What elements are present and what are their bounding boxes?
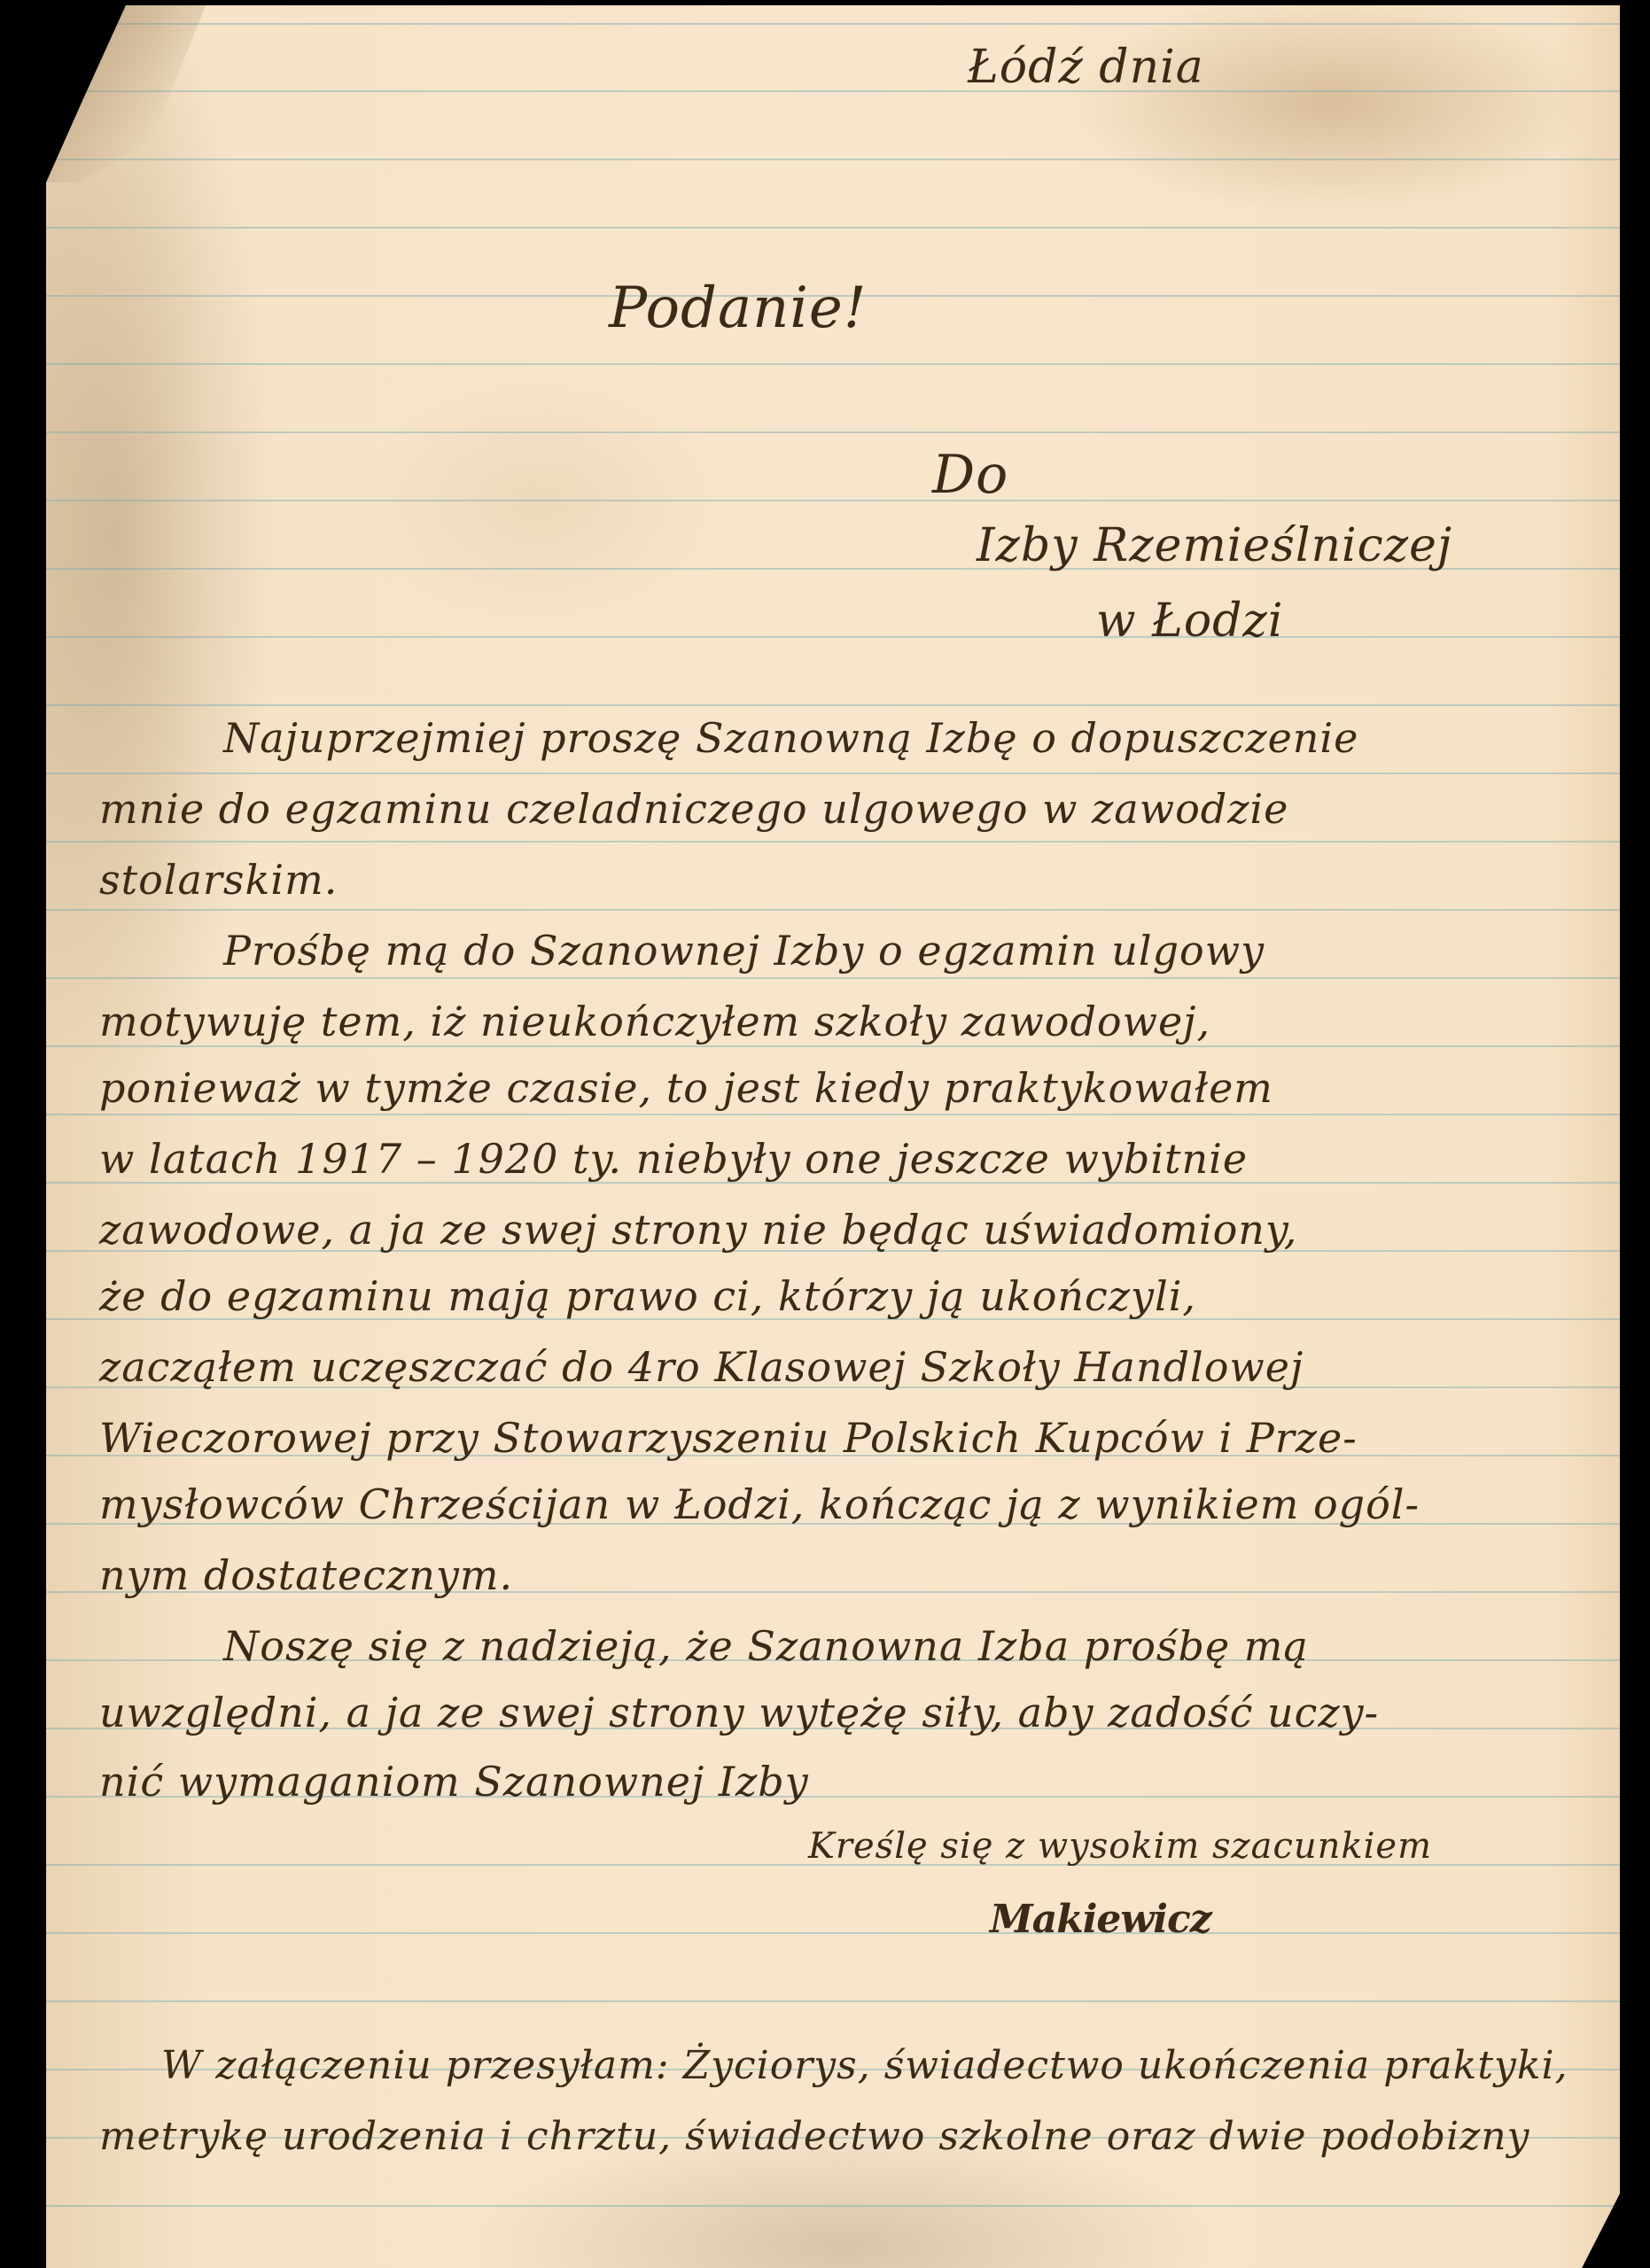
document-title: Podanie! bbox=[609, 276, 867, 341]
ruled-line bbox=[46, 841, 1620, 843]
body-line: stolarskim. bbox=[99, 856, 338, 904]
ruled-line bbox=[46, 2000, 1620, 2002]
place-date: Łódź dnia bbox=[968, 41, 1204, 94]
ruled-line bbox=[46, 636, 1620, 638]
body-line: mysłowców Chrześcijan w Łodzi, kończąc j… bbox=[99, 1480, 1420, 1528]
body-line: nić wymaganiom Szanownej Izby bbox=[99, 1758, 809, 1806]
closing-line: Kreślę się z wysokim szacunkiem bbox=[808, 1826, 1432, 1867]
ruled-line bbox=[46, 1045, 1620, 1047]
body-line: nym dostatecznym. bbox=[99, 1551, 513, 1599]
ruled-line bbox=[46, 227, 1620, 229]
ruled-line bbox=[46, 23, 1620, 25]
paper-sheet: Łódź dnia Podanie! Do Izby Rzemieślnicze… bbox=[46, 5, 1620, 2268]
ruled-line bbox=[46, 500, 1620, 501]
body-line: Noszę się z nadzieją, że Szanowna Izba p… bbox=[223, 1622, 1309, 1670]
body-line: że do egzaminu mają prawo ci, którzy ją … bbox=[99, 1272, 1196, 1320]
body-line: zawodowe, a ja ze swej strony nie będąc … bbox=[99, 1206, 1297, 1254]
body-line: uwzględni, a ja ze swej strony wytężę si… bbox=[99, 1689, 1379, 1736]
signature: Makiewicz bbox=[990, 1897, 1211, 1942]
ruled-line bbox=[46, 431, 1620, 433]
body-line: Najuprzejmiej proszę Szanowną Izbę o dop… bbox=[223, 714, 1358, 762]
ruled-line bbox=[46, 1114, 1620, 1115]
body-line: w latach 1917 – 1920 ty. niebyły one jes… bbox=[99, 1135, 1248, 1183]
addressee-line-1: Izby Rzemieślniczej bbox=[977, 519, 1452, 572]
addressee-line-2: w Łodzi bbox=[1096, 594, 1283, 648]
enclosure-line: metrykę urodzenia i chrztu, świadectwo s… bbox=[99, 2114, 1530, 2159]
ruled-line bbox=[46, 704, 1620, 706]
ruled-line bbox=[46, 363, 1620, 365]
ruled-line bbox=[46, 2205, 1620, 2207]
ruled-line bbox=[46, 773, 1620, 774]
enclosure-line: W załączeniu przesyłam: Życiorys, świade… bbox=[161, 2043, 1568, 2088]
body-line: ponieważ w tymże czasie, to jest kiedy p… bbox=[99, 1064, 1273, 1112]
ruled-line bbox=[46, 90, 1620, 92]
ruled-line bbox=[46, 1932, 1620, 1934]
body-line: Wieczorowej przy Stowarzyszeniu Polskich… bbox=[99, 1414, 1358, 1462]
ruled-line bbox=[46, 977, 1620, 979]
body-line: Prośbę mą do Szanownej Izby o egzamin ul… bbox=[223, 927, 1265, 975]
body-line: motywuję tem, iż nieukończyłem szkoły za… bbox=[99, 998, 1210, 1045]
body-line: zacząłem uczęszczać do 4ro Klasowej Szko… bbox=[99, 1343, 1304, 1391]
ruled-line bbox=[46, 159, 1620, 160]
addressee-to: Do bbox=[932, 444, 1008, 506]
body-line: mnie do egzaminu czeladniczego ulgowego … bbox=[99, 785, 1288, 833]
ruled-line bbox=[46, 909, 1620, 911]
